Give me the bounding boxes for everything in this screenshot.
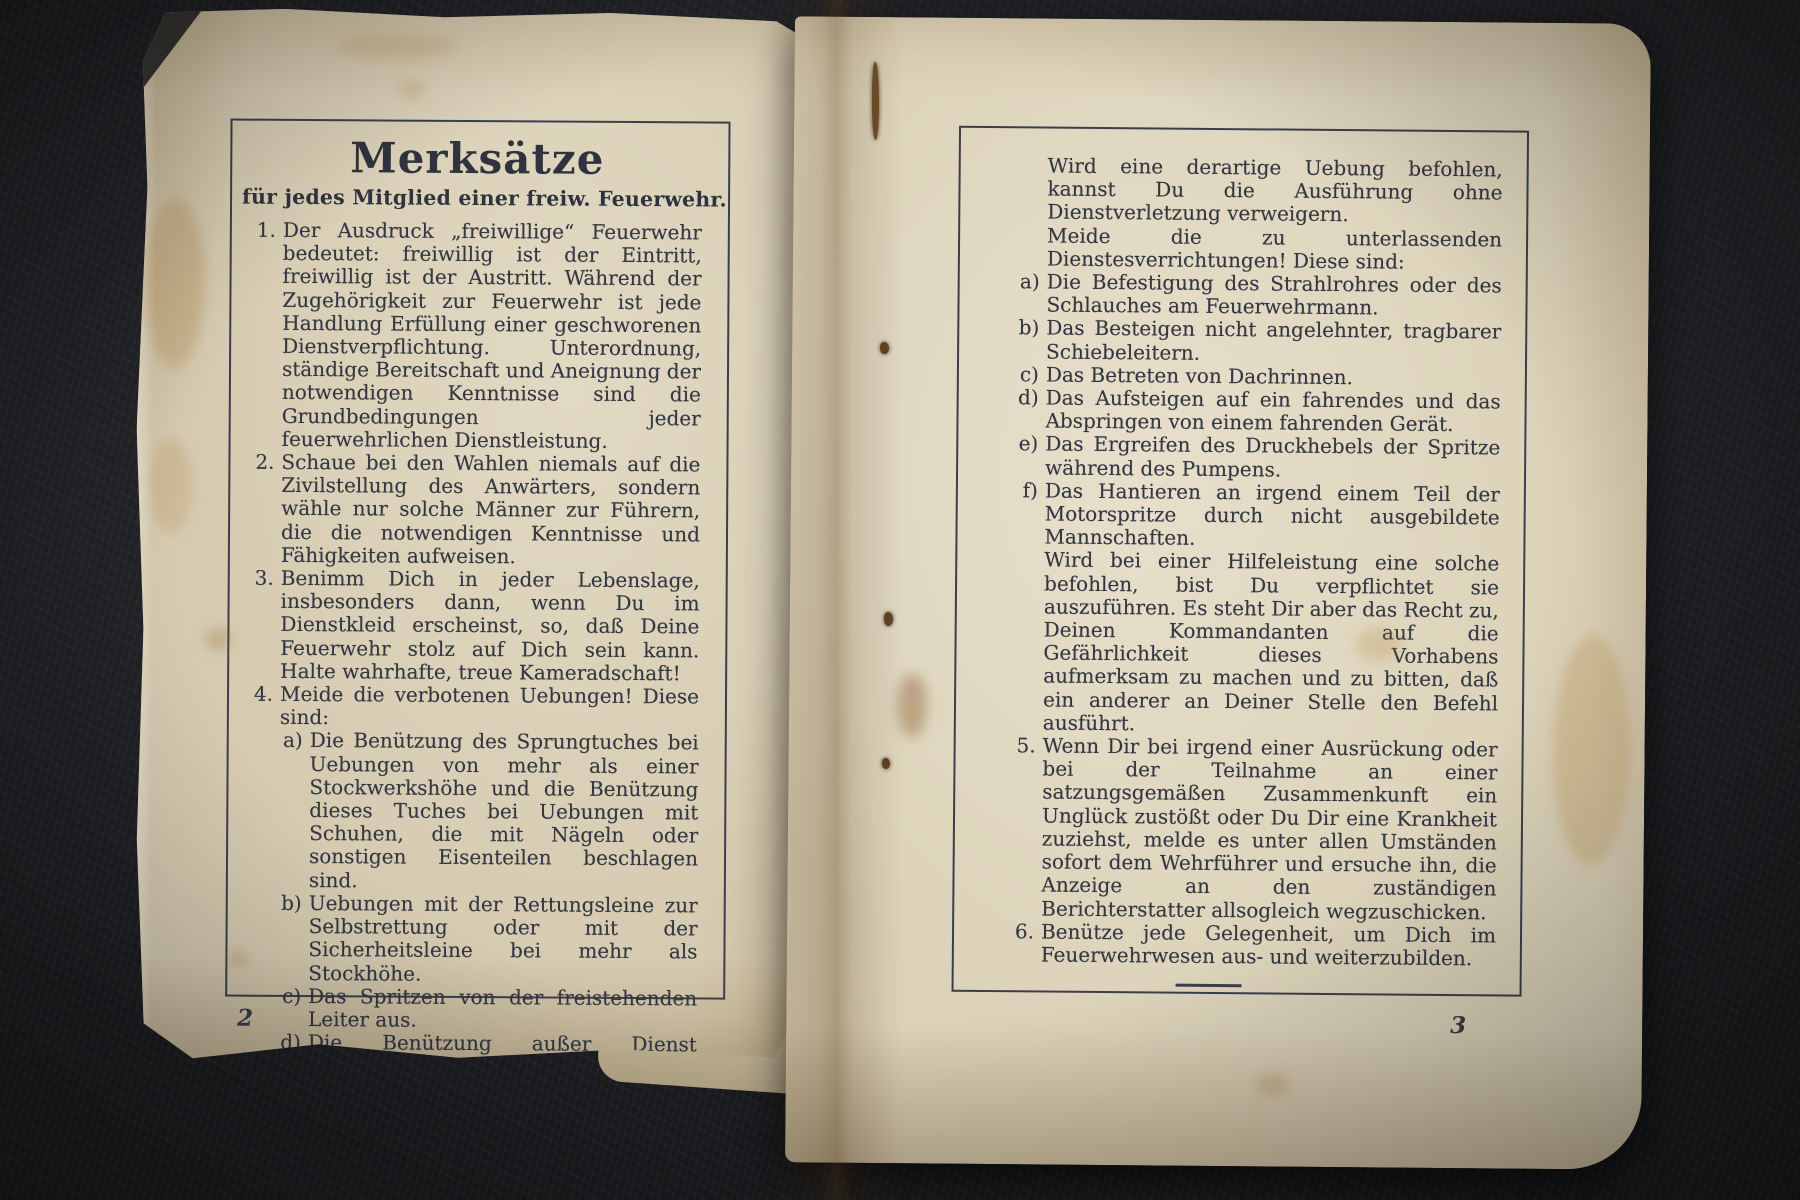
stain [337, 33, 457, 60]
list-item: 4. Meide die verbotenen Uebungen! Diese … [249, 683, 699, 732]
list-subitem: b) Uebungen mit der Rettungsleine zur Se… [277, 892, 698, 987]
item-marker: 1. [252, 219, 283, 242]
item-marker: 2. [250, 451, 281, 474]
stain [897, 673, 928, 737]
item-text: Die Benützung des Sprungtuches bei Uebun… [309, 730, 699, 895]
item-marker: a) [279, 729, 310, 752]
item-marker: 5. [1012, 734, 1043, 757]
item-marker: f) [1014, 479, 1045, 502]
item-marker: b) [278, 892, 309, 915]
folded-corner [139, 8, 204, 94]
item-text: Meide die zu unterlassenden Dienstesverr… [1047, 224, 1502, 274]
item-marker: 4. [249, 683, 280, 706]
list-item: f) Das Hantieren an irgend einem Teil de… [1013, 479, 1500, 553]
item-text: Der Ausdruck „freiwillige“ Feuerwehr bed… [282, 219, 702, 454]
list-subitem: c) Das Spritzen von der freistehenden Le… [277, 985, 697, 1034]
item-marker: c) [277, 985, 308, 1008]
page-number-right: 3 [1450, 1012, 1466, 1039]
stain [150, 438, 193, 534]
item-marker: a) [1016, 270, 1047, 293]
stitch-hole [880, 342, 889, 354]
item-text: Das Ergreifen des Druckhebels der Spritz… [1045, 433, 1500, 483]
item-marker: 6. [1010, 920, 1041, 943]
item-text: Das Aufsteigen auf ein fahrendes und das… [1045, 387, 1500, 437]
item-text: Benütze jede Gelegenheit, um Dich im Feu… [1041, 920, 1496, 970]
item-text: Wird eine derartige Uebung befohlen, kan… [1047, 154, 1503, 228]
page-left-border-frame: Merksätze für jedes Mitglied einer freiw… [225, 119, 730, 1000]
list-item: 3. Benimm Dich in jeder Lebenslage, insb… [249, 567, 700, 686]
page-subtitle: für jedes Mitglied einer freiw. Feuerweh… [242, 185, 712, 212]
item-text: Wird bei einer Hilfeleistung eine solche… [1043, 549, 1500, 739]
page-number-left: 2 [237, 1005, 253, 1032]
list-item: b) Das Besteigen nicht angelehnter, trag… [1015, 317, 1501, 368]
item-marker: d) [1015, 386, 1046, 409]
list-item: 6. Benütze jede Gelegenheit, um Dich im … [1010, 920, 1496, 971]
list-item: 2. Schaue bei den Wahlen niemals auf die… [250, 451, 701, 570]
list-item: d) Das Aufsteigen auf ein fahrendes und … [1014, 386, 1500, 437]
torn-page-edge [133, 8, 157, 1060]
stain [399, 80, 425, 100]
binding-thread [872, 62, 879, 140]
list-item: a) Die Befestigung des Strahlrohres oder… [1015, 270, 1501, 321]
page-right: Wird eine derartige Uebung befohlen, kan… [785, 16, 1651, 1169]
item-marker: c) [1015, 363, 1046, 386]
stain [1552, 635, 1632, 866]
item-text: Schaue bei den Wahlen niemals auf die Zi… [281, 451, 701, 570]
list-item: 5. Wenn Dir bei irgend einer Ausrückung … [1010, 734, 1498, 924]
item-text: Meide die verbotenen Uebungen! Diese sin… [280, 683, 699, 732]
item-text: Das Hantieren an irgend einem Teil der M… [1044, 479, 1500, 553]
item-marker: b) [1015, 317, 1046, 340]
list-item: e) Das Ergreifen des Druckhebels der Spr… [1014, 433, 1500, 484]
item-text: Benimm Dich in jeder Lebenslage, insbeso… [280, 567, 700, 686]
stain [145, 198, 206, 368]
stitch-hole [884, 612, 893, 626]
photo-background: Merksätze für jedes Mitglied einer freiw… [0, 0, 1800, 1200]
item-text: Das Spritzen von der freistehenden Leite… [308, 985, 697, 1034]
stitch-hole [882, 758, 890, 769]
item-text: Uebungen mit der Rettungsleine zur Selbs… [308, 892, 698, 987]
paragraph: Wird eine derartige Uebung befohlen, kan… [1016, 154, 1503, 228]
item-marker: e) [1014, 433, 1045, 456]
page-title: Merksätze [252, 133, 702, 185]
stain [1256, 1072, 1290, 1096]
paragraph: Meide die zu unterlassenden Dienstesverr… [1016, 224, 1502, 275]
item-marker: 3. [250, 567, 281, 590]
list-subitem: a) Die Benützung des Sprungtuches bei Ue… [278, 729, 699, 894]
section-divider [1176, 984, 1242, 988]
list-item: 1. Der Ausdruck „freiwillige“ Feuerwehr … [251, 219, 702, 454]
item-text: Wenn Dir bei irgend einer Ausrückung ode… [1041, 735, 1498, 925]
item-text: Die Befestigung des Strahlrohres oder de… [1046, 271, 1501, 321]
paragraph: Wird bei einer Hilfeleistung eine solche… [1012, 549, 1500, 739]
item-text: Das Besteigen nicht angelehnter, tragbar… [1046, 317, 1501, 367]
page-right-border-frame: Wird eine derartige Uebung befohlen, kan… [952, 126, 1530, 997]
item-marker: d) [277, 1031, 308, 1054]
page-left: Merksätze für jedes Mitglied einer freiw… [133, 8, 803, 1064]
